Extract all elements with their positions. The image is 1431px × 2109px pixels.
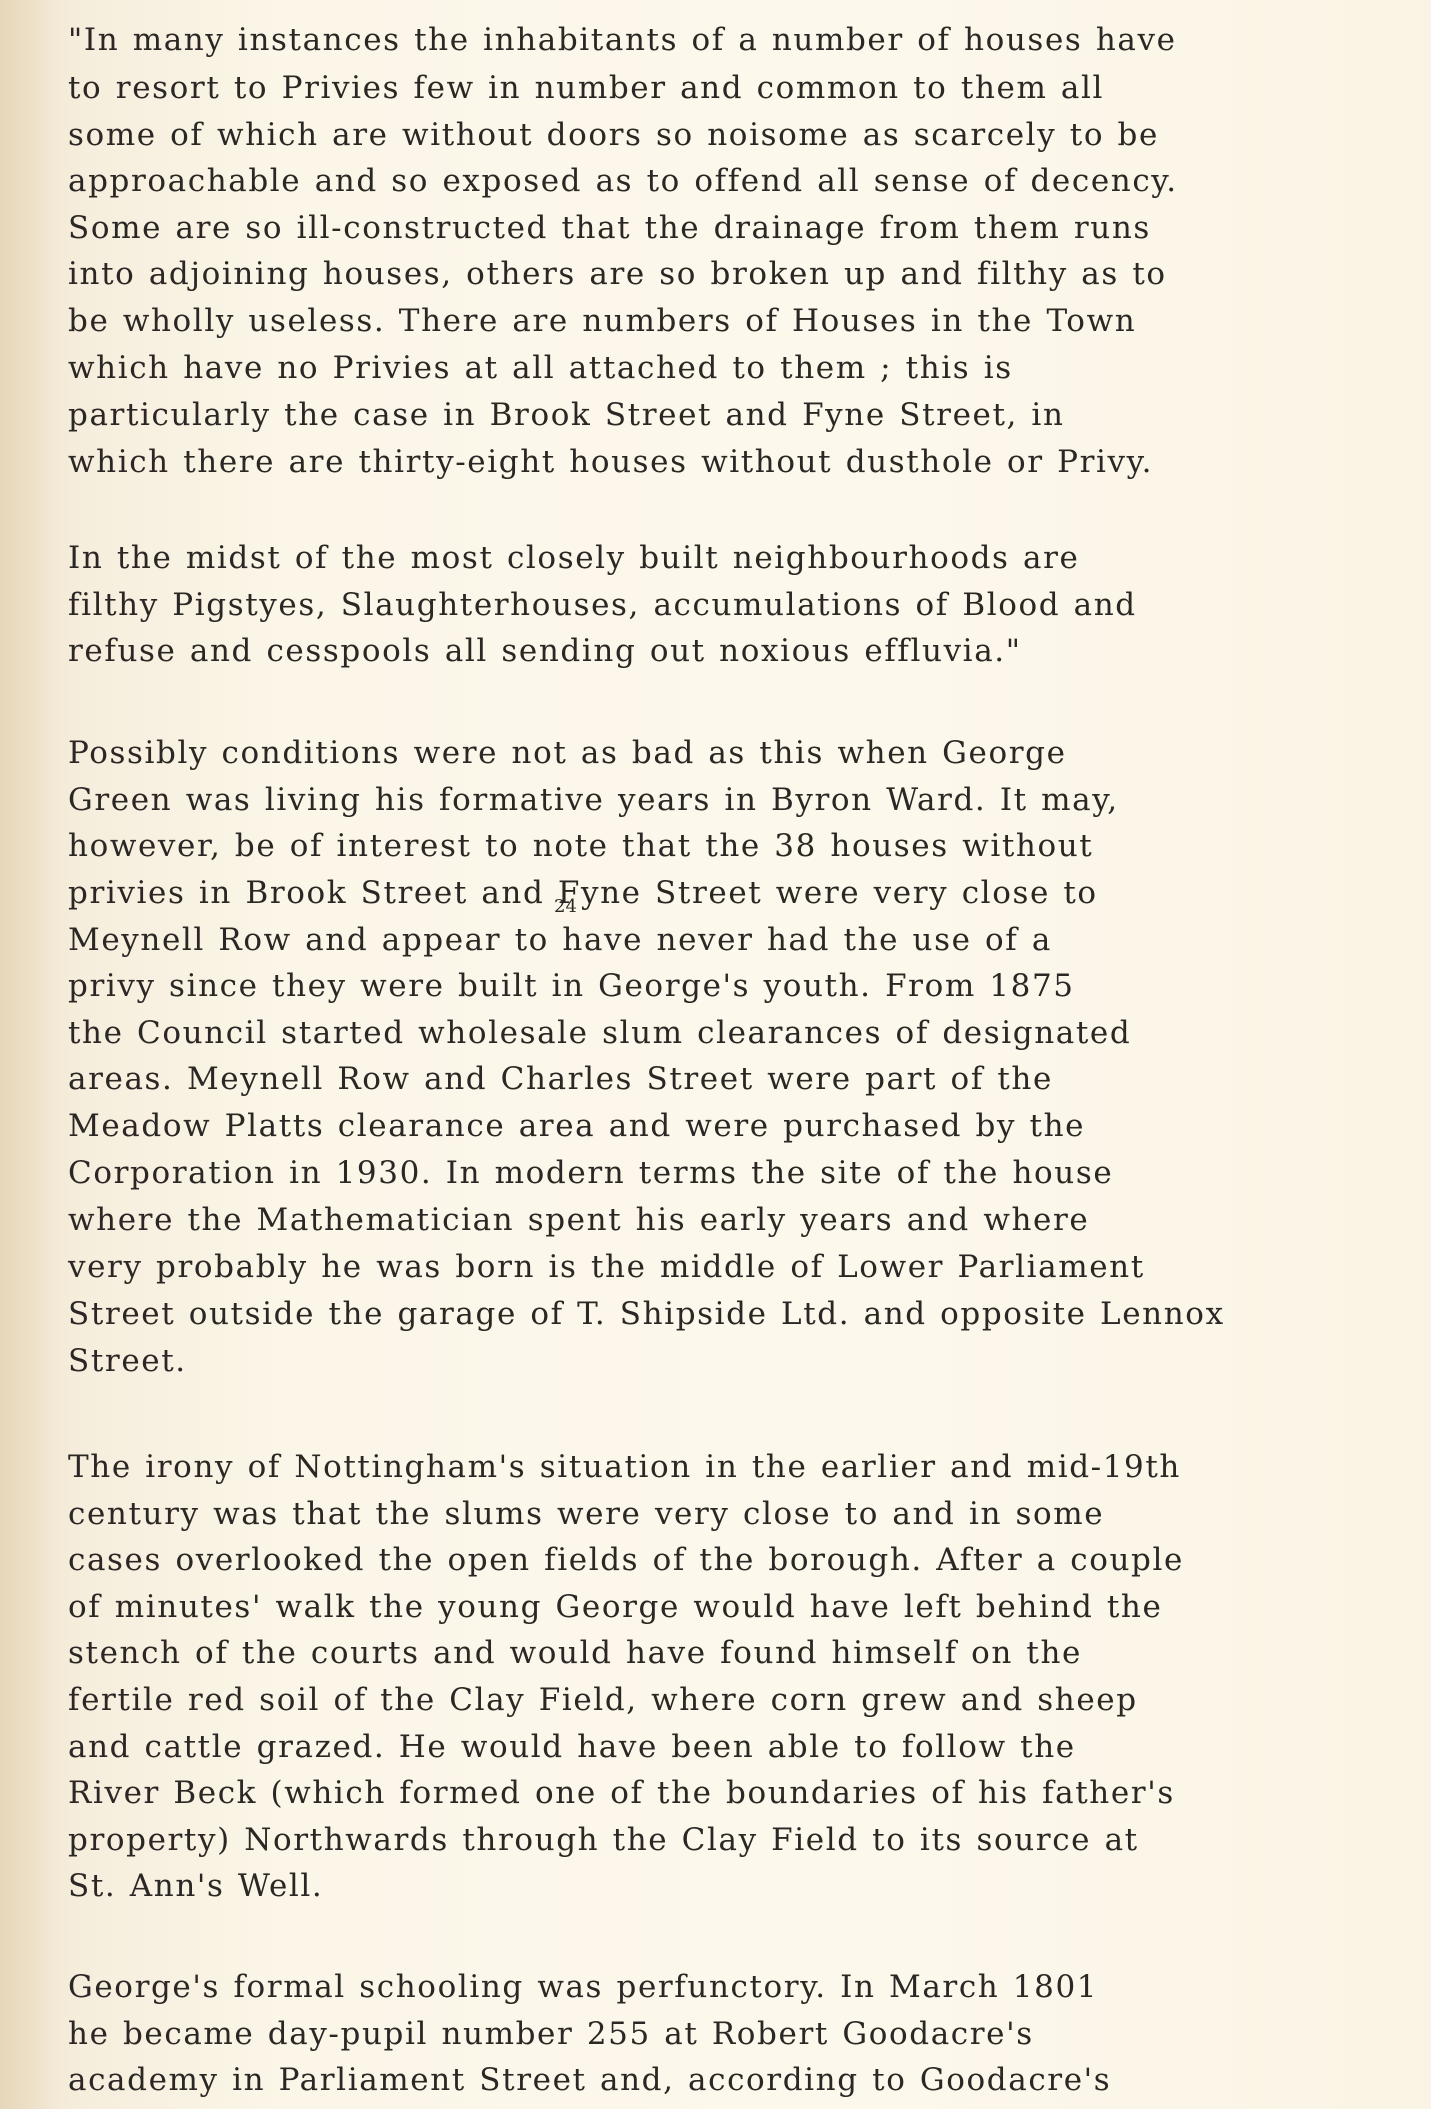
text-line: The irony of Nottingham's situation in t… (68, 1447, 1181, 1487)
text-line: into adjoining houses, others are so bro… (68, 254, 1167, 294)
text-line: and cattle grazed. He would have been ab… (68, 1727, 1076, 1767)
text-line: filthy Pigstyes, Slaughterhouses, accumu… (68, 585, 1137, 625)
text-line: Meynell Row and appear to have never had… (68, 920, 1052, 960)
text-line: Street. (68, 1341, 187, 1381)
text-line: George's formal schooling was perfunctor… (68, 1967, 1098, 2007)
text-line: the Council started wholesale slum clear… (68, 1013, 1131, 1053)
text-line: of minutes' walk the young George would … (68, 1587, 1162, 1627)
text-line: Possibly conditions were not as bad as t… (68, 733, 1067, 773)
text-line: which there are thirty-eight houses with… (68, 442, 1153, 482)
text-line: privy since they were built in George's … (68, 966, 1075, 1006)
text-line: areas. Meynell Row and Charles Street we… (68, 1059, 1053, 1099)
text-line: privies in Brook Street and Fyne Street … (68, 873, 1098, 913)
text-line: River Beck (which formed one of the boun… (68, 1773, 1175, 1813)
text-line: Meadow Platts clearance area and were pu… (68, 1106, 1085, 1146)
text-line: Street outside the garage of T. Shipside… (68, 1294, 1225, 1334)
text-line: particularly the case in Brook Street an… (68, 395, 1065, 435)
text-line: very probably he was born is the middle … (68, 1247, 1145, 1287)
text-line: however, be of interest to note that the… (68, 826, 1093, 866)
text-line: academy in Parliament Street and, accord… (68, 2060, 1111, 2100)
text-line: St. Ann's Well. (68, 1866, 323, 1906)
text-line: which have no Privies at all attached to… (68, 348, 1013, 388)
text-line: Some are so ill-constructed that the dra… (68, 208, 1151, 248)
page-edge-shading (0, 0, 60, 2109)
text-line: approachable and so exposed as to offend… (68, 161, 1178, 201)
text-line: to resort to Privies few in number and c… (68, 68, 1104, 108)
text-line: Corporation in 1930. In modern terms the… (68, 1153, 1113, 1193)
text-line: be wholly useless. There are numbers of … (68, 301, 1136, 341)
text-line: some of which are without doors so noiso… (68, 115, 1159, 155)
text-line: he became day-pupil number 255 at Robert… (68, 2014, 1034, 2054)
text-line: century was that the slums were very clo… (68, 1494, 1104, 1534)
text-line: In the midst of the most closely built n… (68, 538, 1079, 578)
text-line: "In many instances the inhabitants of a … (68, 20, 1177, 60)
text-line: Green was living his formative years in … (68, 780, 1119, 820)
text-line: property) Northwards through the Clay Fi… (68, 1820, 1139, 1860)
text-line: cases overlooked the open fields of the … (68, 1540, 1184, 1580)
text-line: where the Mathematician spent his early … (68, 1200, 1089, 1240)
text-line: refuse and cesspools all sending out nox… (68, 631, 1022, 671)
text-line: fertile red soil of the Clay Field, wher… (68, 1680, 1138, 1720)
footnote-marker: 24 (554, 898, 577, 916)
text-line: stench of the courts and would have foun… (68, 1633, 1082, 1673)
